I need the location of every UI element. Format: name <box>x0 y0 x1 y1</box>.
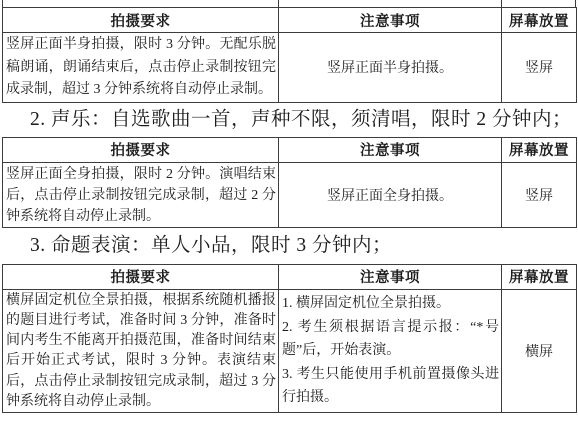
notes-cell: 竖屏正面半身拍摄。 <box>279 33 502 103</box>
header-requirements: 拍摄要求 <box>3 8 279 33</box>
header-screen: 屏幕放置 <box>502 8 577 33</box>
cropped-border-fragment-right <box>575 0 576 7</box>
notes-cell: 1. 横屏固定机位全景拍摄。 2. 考生须根据语言提示报：“*号题”后，开始表演… <box>279 289 502 413</box>
cropped-border-fragment-col3 <box>501 0 502 7</box>
header-screen: 屏幕放置 <box>502 264 577 289</box>
header-requirements: 拍摄要求 <box>3 264 279 289</box>
cropped-border-fragment-col2 <box>278 0 279 7</box>
header-notes: 注意事项 <box>279 8 502 33</box>
table-header-row: 拍摄要求 注意事项 屏幕放置 <box>3 137 577 162</box>
screen-cell: 竖屏 <box>502 33 577 103</box>
table-header-row: 拍摄要求 注意事项 屏幕放置 <box>3 264 577 289</box>
header-notes: 注意事项 <box>279 137 502 162</box>
section-heading-vocal: 2. 声乐：自选歌曲一首，声种不限，须清唱，限时 2 分钟内； <box>30 109 578 131</box>
document-page: { "colors": { "background": "#ffffff", "… <box>0 0 578 422</box>
header-requirements: 拍摄要求 <box>3 137 279 162</box>
header-notes: 注意事项 <box>279 264 502 289</box>
header-screen: 屏幕放置 <box>502 137 577 162</box>
requirements-cell: 横屏固定机位全景拍摄，根据系统随机播报的题目进行考试，准备时间 3 分钟，准备时… <box>3 289 279 413</box>
requirements-cell: 竖屏正面全身拍摄，限时 2 分钟。演唱结束后，点击停止录制按钮完成录制，超过 2… <box>3 162 279 227</box>
note-item: 3. 考生只能使用手机前置摄像头进行拍摄。 <box>282 363 499 410</box>
notes-cell: 竖屏正面全身拍摄。 <box>279 162 502 227</box>
table-body-row: 横屏固定机位全景拍摄，根据系统随机播报的题目进行考试，准备时间 3 分钟，准备时… <box>3 289 577 413</box>
cropped-border-fragment-left <box>2 0 3 7</box>
section-heading-performance: 3. 命题表演：单人小品，限时 3 分钟内； <box>30 235 578 257</box>
table-header-row: 拍摄要求 注意事项 屏幕放置 <box>3 8 577 33</box>
note-item: 2. 考生须根据语言提示报：“*号题”后，开始表演。 <box>282 316 499 363</box>
exam-table-performance: 拍摄要求 注意事项 屏幕放置 横屏固定机位全景拍摄，根据系统随机播报的题目进行考… <box>2 264 577 414</box>
screen-cell: 竖屏 <box>502 162 577 227</box>
note-item: 1. 横屏固定机位全景拍摄。 <box>282 292 499 315</box>
exam-table-recitation: 拍摄要求 注意事项 屏幕放置 竖屏正面半身拍摄，限时 3 分钟。无配乐脱稿朗诵，… <box>2 7 577 103</box>
exam-table-vocal: 拍摄要求 注意事项 屏幕放置 竖屏正面全身拍摄，限时 2 分钟。演唱结束后，点击… <box>2 137 577 228</box>
screen-cell: 横屏 <box>502 289 577 413</box>
requirements-cell: 竖屏正面半身拍摄，限时 3 分钟。无配乐脱稿朗诵，朗诵结束后，点击停止录制按钮完… <box>3 33 279 103</box>
table-body-row: 竖屏正面半身拍摄，限时 3 分钟。无配乐脱稿朗诵，朗诵结束后，点击停止录制按钮完… <box>3 33 577 103</box>
table-body-row: 竖屏正面全身拍摄，限时 2 分钟。演唱结束后，点击停止录制按钮完成录制，超过 2… <box>3 162 577 227</box>
